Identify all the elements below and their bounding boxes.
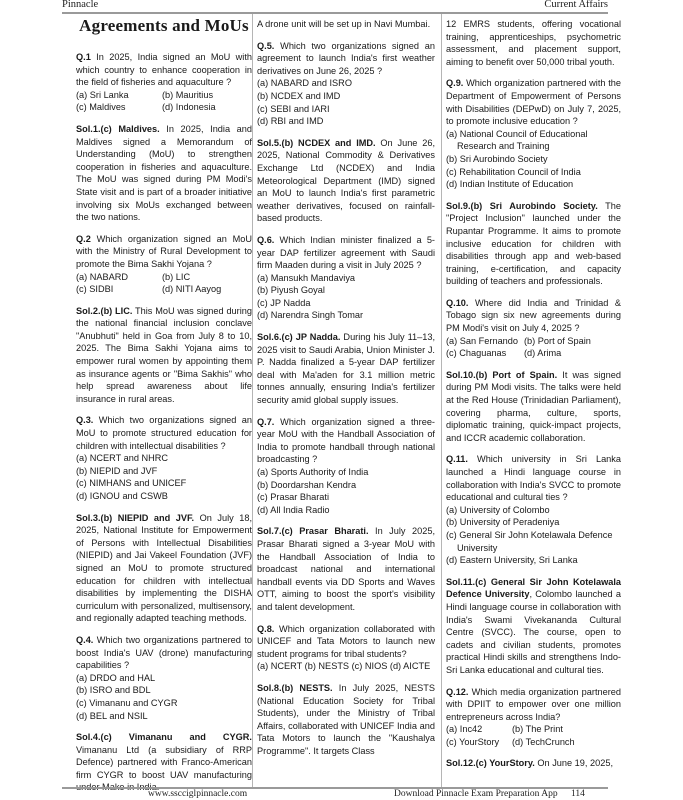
option: (d) BEL and NSIL	[76, 710, 252, 723]
option-continued: University	[446, 542, 621, 555]
solution-9: Sol.9.(b) Sri Aurobindo Society. The "Pr…	[446, 200, 621, 288]
question-number: Q.8.	[257, 624, 274, 634]
option-row: (a) NCERT (b) NESTS (c) NIOS (d) AICTE	[257, 660, 435, 673]
solution-heading: Sol.4.(c) Vimananu and CYGR.	[76, 732, 252, 742]
solution-text: , Colombo launched a Hindi language cour…	[446, 589, 621, 675]
question-number: Q.3.	[76, 415, 93, 425]
option: (d) All India Radio	[257, 504, 435, 517]
solution-11: Sol.11.(c) General Sir John Kotelawala D…	[446, 576, 621, 677]
question-1: Q.1 In 2025, India signed an MoU with wh…	[76, 51, 252, 114]
question-number: Q.12.	[446, 687, 468, 697]
question-10: Q.10. Where did India and Trinidad & Tob…	[446, 297, 621, 360]
option: (d) NITI Aayog	[162, 283, 252, 296]
option: (a) Inc42	[446, 723, 512, 736]
page-title: Agreements and MoUs	[76, 15, 252, 37]
option: (d) Narendra Singh Tomar	[257, 309, 435, 322]
page-footer: www.sscciglpinnacle.com Download Pinnacl…	[62, 789, 608, 800]
column-1: Agreements and MoUs Q.1 In 2025, India s…	[76, 14, 252, 800]
option: (c) General Sir John Kotelawala Defence	[446, 529, 621, 542]
option: (a) University of Colombo	[446, 504, 621, 517]
option: (a) Sri Lanka	[76, 89, 162, 102]
solution-heading: Sol.9.(b) Sri Aurobindo Society.	[446, 201, 598, 211]
solution-text: The "Project Inclusion" launched under t…	[446, 201, 621, 287]
option: (a) San Fernando	[446, 335, 524, 348]
question-11: Q.11. Which university in Sri Lanka laun…	[446, 453, 621, 566]
question-number: Q.9.	[446, 78, 463, 88]
option: (a) NCERT and NHRC	[76, 452, 252, 465]
solution-text: On July 18, 2025, National Institute for…	[76, 513, 252, 624]
column-divider	[252, 14, 253, 787]
solution-8-continued: 12 EMRS students, offering vocational tr…	[446, 18, 621, 68]
question-8: Q.8. Which organization collaborated wit…	[257, 623, 435, 673]
question-number: Q.1	[76, 52, 91, 62]
question-2: Q.2 Which organization signed an MoU wit…	[76, 233, 252, 296]
option-continued: Research and Training	[446, 140, 621, 153]
solution-text: This MoU was signed during the national …	[76, 306, 252, 404]
solution-1: Sol.1.(c) Maldives. In 2025, India and M…	[76, 123, 252, 224]
option: (c) SIDBI	[76, 283, 162, 296]
solution-4: Sol.4.(c) Vimananu and CYGR. Vimananu Lt…	[76, 731, 252, 794]
option: (c) JP Nadda	[257, 297, 435, 310]
option: (d) Eastern University, Sri Lanka	[446, 554, 621, 567]
option: (b) LIC	[162, 271, 252, 284]
solution-3: Sol.3.(b) NIEPID and JVF. On July 18, 20…	[76, 512, 252, 625]
solution-5: Sol.5.(b) NCDEX and IMD. On June 26, 202…	[257, 137, 435, 225]
question-text: Which two organizations signed an MoU to…	[76, 415, 252, 450]
option: (c) NIMHANS and UNICEF	[76, 477, 252, 490]
solution-heading: Sol.6.(c) JP Nadda.	[257, 332, 340, 342]
option: (d) Indonesia	[162, 101, 252, 114]
solution-heading: Sol.7.(c) Prasar Bharati.	[257, 526, 369, 536]
option: (a) DRDO and HAL	[76, 672, 252, 685]
header-section: Current Affairs	[544, 0, 608, 10]
solution-text: Vimananu Ltd (a subsidiary of RRP Defenc…	[76, 745, 252, 793]
option: (d) TechCrunch	[512, 736, 621, 749]
solution-heading: Sol.8.(b) NESTS.	[257, 683, 333, 693]
solution-text: On June 26, 2025, National Commodity & D…	[257, 138, 435, 224]
column-3: 12 EMRS students, offering vocational tr…	[446, 14, 621, 779]
solution-text: In July 2025, Prasar Bharati signed a 3-…	[257, 526, 435, 612]
question-number: Q.7.	[257, 417, 274, 427]
option: (a) Mansukh Mandaviya	[257, 272, 435, 285]
question-9: Q.9. Which organization partnered with t…	[446, 77, 621, 190]
option: (b) NIEPID and JVF	[76, 465, 252, 478]
page-header: Pinnacle Current Affairs	[62, 0, 608, 12]
option: (a) NABARD and ISRO	[257, 77, 435, 90]
option: (d) Arima	[524, 347, 621, 360]
solution-heading: Sol.12.(c) YourStory.	[446, 758, 535, 768]
option: (a) Sports Authority of India	[257, 466, 435, 479]
option: (c) Maldives	[76, 101, 162, 114]
option: (d) IGNOU and CSWB	[76, 490, 252, 503]
question-text: Where did India and Trinidad & Tobago si…	[446, 298, 621, 333]
option: (b) NCDEX and IMD	[257, 90, 435, 103]
solution-text: A drone unit will be set up in Navi Mumb…	[257, 18, 435, 31]
question-text: Which organization signed an MoU with th…	[76, 234, 252, 269]
solution-text: On June 19, 2025,	[535, 758, 613, 768]
question-3: Q.3. Which two organizations signed an M…	[76, 414, 252, 502]
question-text: Which two organizations signed an agreem…	[257, 41, 435, 76]
question-number: Q.4.	[76, 635, 93, 645]
question-7: Q.7. Which organization signed a three-y…	[257, 416, 435, 517]
solution-text: It was signed during PM Modi visits. The…	[446, 370, 621, 443]
solution-heading: Sol.1.(c) Maldives.	[76, 124, 160, 134]
solution-7: Sol.7.(c) Prasar Bharati. In July 2025, …	[257, 525, 435, 613]
solution-text: During his July 11–13, 2025 visit to Sau…	[257, 332, 435, 405]
option: (b) Doordarshan Kendra	[257, 479, 435, 492]
question-text: Which two organizations partnered to boo…	[76, 635, 252, 670]
footer-app-promo: Download Pinnacle Exam Preparation App	[394, 789, 558, 799]
question-text: Which organization signed a three-year M…	[257, 417, 435, 465]
option: (d) RBI and IMD	[257, 115, 435, 128]
question-text: Which organization partnered with the De…	[446, 78, 621, 126]
solution-heading: Sol.5.(b) NCDEX and IMD.	[257, 138, 376, 148]
question-5: Q.5. Which two organizations signed an a…	[257, 40, 435, 128]
question-12: Q.12. Which media organization partnered…	[446, 686, 621, 749]
solution-2: Sol.2.(b) LIC. This MoU was signed durin…	[76, 305, 252, 406]
option: (b) ISRO and BDL	[76, 684, 252, 697]
question-number: Q.10.	[446, 298, 468, 308]
question-number: Q.11.	[446, 454, 468, 464]
question-number: Q.5.	[257, 41, 274, 51]
header-brand: Pinnacle	[62, 0, 98, 10]
option: (b) The Print	[512, 723, 621, 736]
solution-10: Sol.10.(b) Port of Spain. It was signed …	[446, 369, 621, 445]
solution-heading: Sol.10.(b) Port of Spain.	[446, 370, 557, 380]
option: (b) Piyush Goyal	[257, 284, 435, 297]
option: (b) Mauritius	[162, 89, 252, 102]
option: (c) Prasar Bharati	[257, 491, 435, 504]
option: (c) SEBI and IARI	[257, 103, 435, 116]
question-text: Which university in Sri Lanka launched a…	[446, 454, 621, 502]
solution-text: In 2025, India and Maldives signed a Mem…	[76, 124, 252, 222]
question-text: In 2025, India signed an MoU with which …	[76, 52, 252, 87]
question-text: Which organization collaborated with UNI…	[257, 624, 435, 659]
question-text: Which media organization partnered with …	[446, 687, 621, 722]
page-number: 114	[571, 789, 585, 799]
solution-heading: Sol.3.(b) NIEPID and JVF.	[76, 513, 194, 523]
question-6: Q.6. Which Indian minister finalized a 5…	[257, 234, 435, 322]
option: (c) Rehabilitation Council of India	[446, 166, 621, 179]
option: (d) Indian Institute of Education	[446, 178, 621, 191]
column-divider	[441, 14, 442, 787]
solution-8: Sol.8.(b) NESTS. In July 2025, NESTS (Na…	[257, 682, 435, 758]
question-text: Which Indian minister finalized a 5-year…	[257, 235, 435, 270]
solution-4-continued: A drone unit will be set up in Navi Mumb…	[257, 18, 435, 31]
question-number: Q.2	[76, 234, 91, 244]
option: (c) Chaguanas	[446, 347, 524, 360]
option: (b) Sri Aurobindo Society	[446, 153, 621, 166]
solution-text: 12 EMRS students, offering vocational tr…	[446, 18, 621, 68]
question-4: Q.4. Which two organizations partnered t…	[76, 634, 252, 722]
solution-text: In July 2025, NESTS (National Education …	[257, 683, 435, 756]
solution-6: Sol.6.(c) JP Nadda. During his July 11–1…	[257, 331, 435, 407]
footer-website-link[interactable]: www.sscciglpinnacle.com	[148, 789, 247, 799]
question-number: Q.6.	[257, 235, 274, 245]
column-2: A drone unit will be set up in Navi Mumb…	[257, 14, 435, 766]
solution-heading: Sol.2.(b) LIC.	[76, 306, 132, 316]
option: (b) University of Peradeniya	[446, 516, 621, 529]
option: (a) NABARD	[76, 271, 162, 284]
option: (b) Port of Spain	[524, 335, 621, 348]
option: (a) National Council of Educational	[446, 128, 621, 141]
solution-12: Sol.12.(c) YourStory. On June 19, 2025,	[446, 757, 621, 770]
option: (c) YourStory	[446, 736, 512, 749]
option: (c) Vimananu and CYGR	[76, 697, 252, 710]
